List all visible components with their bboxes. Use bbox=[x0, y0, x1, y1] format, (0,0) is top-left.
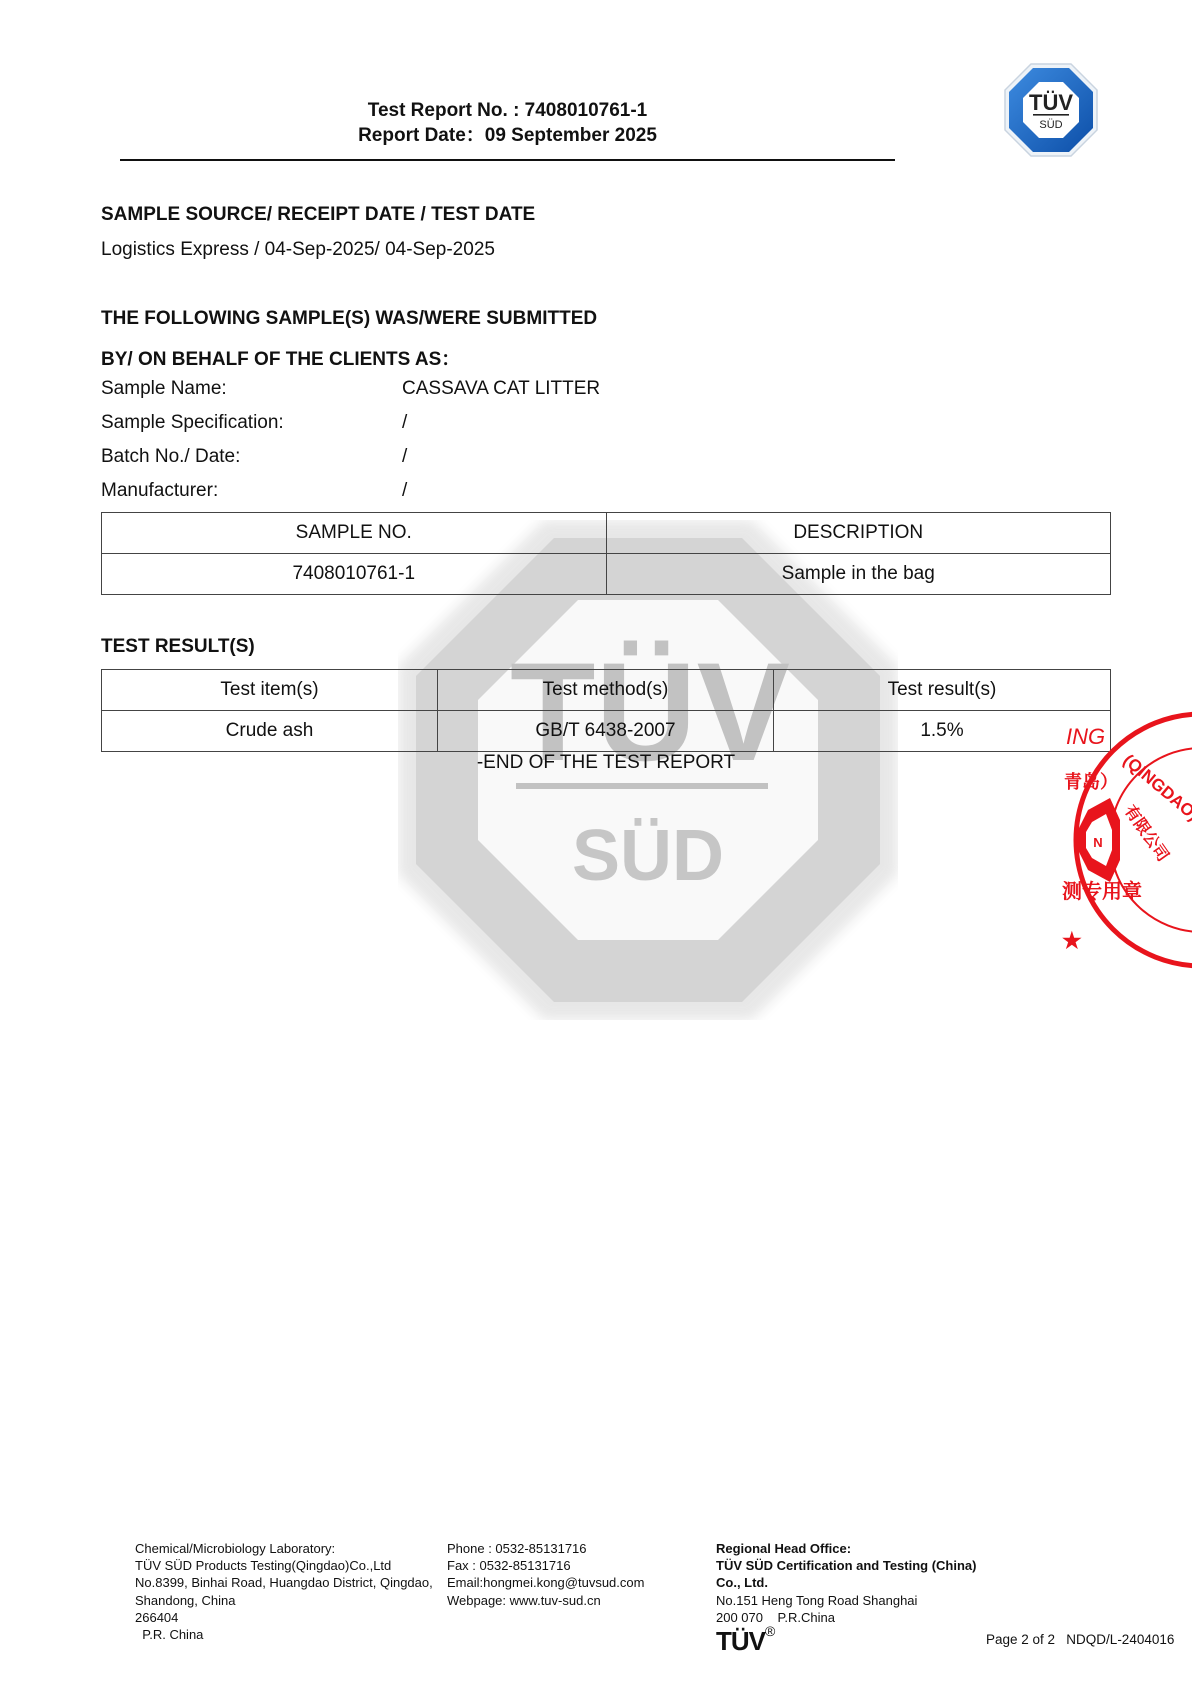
table-cell: Sample in the bag bbox=[606, 554, 1111, 595]
footer-company-line: Co., Ltd. bbox=[716, 1574, 996, 1591]
svg-text:青岛）: 青岛） bbox=[1064, 771, 1118, 793]
footer-contact: Phone : 0532-85131716 Fax : 0532-8513171… bbox=[447, 1540, 707, 1609]
footer-line: P.R. China bbox=[135, 1626, 435, 1643]
watermark-bottom-text: SÜD bbox=[572, 816, 724, 896]
field-label: Sample Specification: bbox=[101, 412, 284, 434]
footer-line: Shandong, China bbox=[135, 1592, 435, 1609]
footer-line: TÜV SÜD Products Testing(Qingdao)Co.,Ltd bbox=[135, 1557, 435, 1574]
report-header: Test Report No. : 7408010761-1 Report Da… bbox=[120, 98, 895, 148]
sample-table: SAMPLE NO. DESCRIPTION 7408010761-1 Samp… bbox=[101, 512, 1111, 595]
report-date: Report Date：09 September 2025 bbox=[120, 123, 895, 148]
field-label: Manufacturer: bbox=[101, 480, 218, 502]
table-header-row: Test item(s) Test method(s) Test result(… bbox=[102, 670, 1111, 711]
sample-source-value: Logistics Express / 04-Sep-2025/ 04-Sep-… bbox=[101, 239, 495, 261]
footer-line: Chemical/Microbiology Laboratory: bbox=[135, 1540, 435, 1557]
submission-heading-line1: THE FOLLOWING SAMPLE(S) WAS/WERE SUBMITT… bbox=[101, 308, 597, 330]
field-value: / bbox=[402, 446, 407, 468]
footer-fax: Fax : 0532-85131716 bbox=[447, 1557, 707, 1574]
table-cell: Crude ash bbox=[102, 711, 438, 752]
footer-company-line: TÜV SÜD Certification and Testing (China… bbox=[716, 1557, 996, 1574]
footer-phone: Phone : 0532-85131716 bbox=[447, 1540, 707, 1557]
sample-source-heading: SAMPLE SOURCE/ RECEIPT DATE / TEST DATE bbox=[101, 204, 535, 226]
page-number: Page 2 of 2 NDQD/L-2404016 bbox=[986, 1632, 1174, 1647]
registered-mark-icon: ® bbox=[765, 1623, 774, 1639]
field-label: Batch No./ Date: bbox=[101, 446, 240, 468]
svg-text:★: ★ bbox=[1062, 928, 1082, 953]
logo-bottom-text: SÜD bbox=[1039, 119, 1062, 131]
field-value: / bbox=[402, 480, 407, 502]
table-header-cell: Test method(s) bbox=[437, 670, 773, 711]
footer-tuv-brand-mark: TÜV® bbox=[716, 1626, 774, 1657]
table-row: Crude ash GB/T 6438-2007 1.5% bbox=[102, 711, 1111, 752]
logo-top-text: TÜV bbox=[1029, 90, 1073, 115]
footer-address-line: No.151 Heng Tong Road Shanghai bbox=[716, 1592, 996, 1609]
table-header-cell: DESCRIPTION bbox=[606, 513, 1111, 554]
submission-heading-line2: BY/ ON BEHALF OF THE CLIENTS AS： bbox=[101, 344, 460, 371]
table-cell: 7408010761-1 bbox=[102, 554, 607, 595]
footer-email[interactable]: Email:hongmei.kong@tuvsud.com bbox=[447, 1574, 707, 1591]
table-header-cell: Test item(s) bbox=[102, 670, 438, 711]
footer-lab-address: Chemical/Microbiology Laboratory: TÜV SÜ… bbox=[135, 1540, 435, 1643]
header-divider bbox=[120, 159, 895, 161]
field-value: / bbox=[402, 412, 407, 434]
footer-line: No.8399, Binhai Road, Huangdao District,… bbox=[135, 1574, 435, 1591]
test-results-table: Test item(s) Test method(s) Test result(… bbox=[101, 669, 1111, 752]
svg-text:ING: ING bbox=[1066, 724, 1105, 749]
svg-text:有限公司: 有限公司 bbox=[1121, 801, 1173, 864]
table-header-cell: SAMPLE NO. bbox=[102, 513, 607, 554]
field-value: CASSAVA CAT LITTER bbox=[402, 378, 600, 400]
table-header-cell: Test result(s) bbox=[773, 670, 1110, 711]
company-seal-stamp: N ING (QINGDAO)CO.,LTD. 青岛） 有限公司 测专用章 ★ bbox=[1062, 710, 1192, 975]
footer-webpage[interactable]: Webpage: www.tuv-sud.cn bbox=[447, 1592, 707, 1609]
table-cell: 1.5% bbox=[773, 711, 1110, 752]
footer-head-office-title: Regional Head Office: bbox=[716, 1540, 996, 1557]
field-label: Sample Name: bbox=[101, 378, 227, 400]
footer-line: 266404 bbox=[135, 1609, 435, 1626]
table-header-row: SAMPLE NO. DESCRIPTION bbox=[102, 513, 1111, 554]
table-cell: GB/T 6438-2007 bbox=[437, 711, 773, 752]
tuv-sud-logo: TÜV SÜD bbox=[1003, 62, 1099, 158]
table-row: 7408010761-1 Sample in the bag bbox=[102, 554, 1111, 595]
footer-address-line: 200 070 P.R.China bbox=[716, 1609, 996, 1626]
svg-text:测专用章: 测专用章 bbox=[1062, 879, 1142, 903]
brand-mark-text: TÜV bbox=[716, 1626, 765, 1656]
report-number: Test Report No. : 7408010761-1 bbox=[120, 98, 895, 123]
svg-text:N: N bbox=[1093, 835, 1102, 850]
test-results-heading: TEST RESULT(S) bbox=[101, 636, 255, 658]
end-of-report-note: -END OF THE TEST REPORT bbox=[101, 752, 1111, 774]
footer-head-office: Regional Head Office: TÜV SÜD Certificat… bbox=[716, 1540, 996, 1626]
